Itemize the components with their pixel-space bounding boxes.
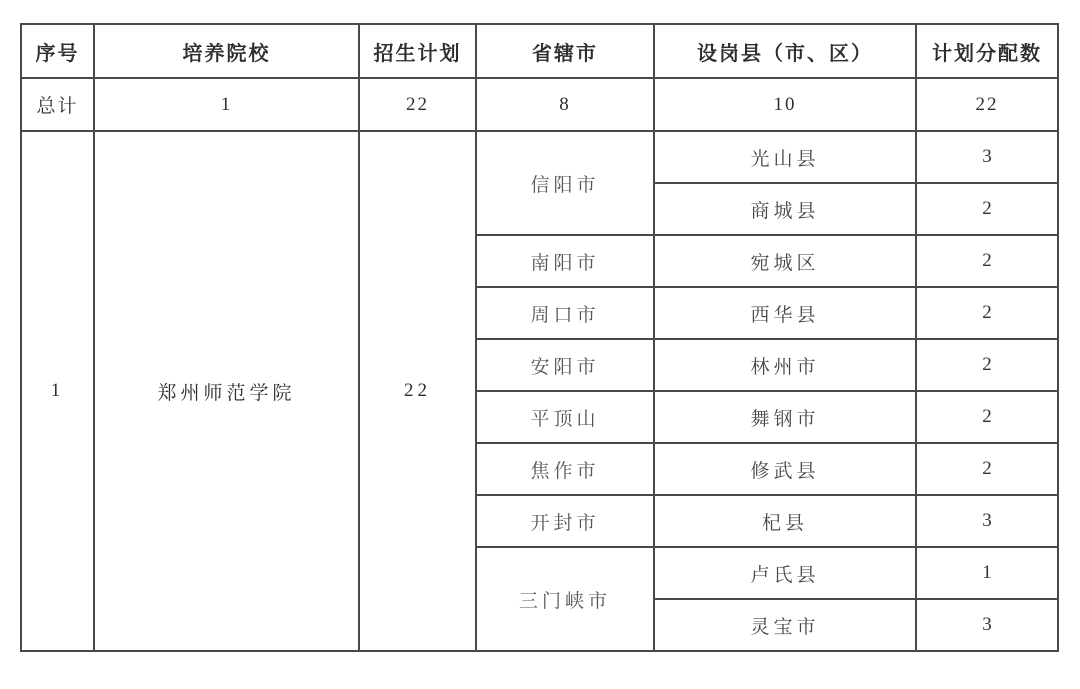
county-cell: 杞县	[654, 495, 916, 547]
city-cell: 焦作市	[476, 443, 654, 495]
table-row: 1郑州师范学院22信阳市光山县3	[21, 131, 1058, 183]
county-cell: 商城县	[654, 183, 916, 235]
count-cell: 3	[916, 599, 1058, 651]
city-cell: 平顶山	[476, 391, 654, 443]
count-cell: 2	[916, 443, 1058, 495]
county-cell: 修武县	[654, 443, 916, 495]
city-cell: 南阳市	[476, 235, 654, 287]
county-cell: 卢氏县	[654, 547, 916, 599]
table-header: 序号 培养院校 招生计划 省辖市 设岗县（市、区） 计划分配数	[21, 24, 1058, 78]
total-cell-county_count: 10	[654, 78, 916, 131]
header-school: 培养院校	[94, 24, 359, 78]
city-cell: 安阳市	[476, 339, 654, 391]
header-enrollment-plan: 招生计划	[359, 24, 476, 78]
count-cell: 3	[916, 131, 1058, 183]
document-page: 序号 培养院校 招生计划 省辖市 设岗县（市、区） 计划分配数 总计122810…	[0, 0, 1080, 689]
header-city: 省辖市	[476, 24, 654, 78]
city-cell: 信阳市	[476, 131, 654, 235]
total-cell-label: 总计	[21, 78, 94, 131]
header-county: 设岗县（市、区）	[654, 24, 916, 78]
count-cell: 3	[916, 495, 1058, 547]
county-cell: 西华县	[654, 287, 916, 339]
count-cell: 2	[916, 287, 1058, 339]
county-cell: 林州市	[654, 339, 916, 391]
total-cell-city_count: 8	[476, 78, 654, 131]
header-row: 序号 培养院校 招生计划 省辖市 设岗县（市、区） 计划分配数	[21, 24, 1058, 78]
count-cell: 2	[916, 183, 1058, 235]
count-cell: 2	[916, 339, 1058, 391]
count-cell: 2	[916, 235, 1058, 287]
school-cell: 郑州师范学院	[94, 131, 359, 651]
total-cell-school_count: 1	[94, 78, 359, 131]
enrollment-plan-cell: 22	[359, 131, 476, 651]
header-allocation: 计划分配数	[916, 24, 1058, 78]
city-cell: 开封市	[476, 495, 654, 547]
table-body: 总计122810221郑州师范学院22信阳市光山县3商城县2南阳市宛城区2周口市…	[21, 78, 1058, 651]
county-cell: 宛城区	[654, 235, 916, 287]
header-seq: 序号	[21, 24, 94, 78]
count-cell: 1	[916, 547, 1058, 599]
allocation-table: 序号 培养院校 招生计划 省辖市 设岗县（市、区） 计划分配数 总计122810…	[20, 23, 1059, 652]
county-cell: 舞钢市	[654, 391, 916, 443]
county-cell: 灵宝市	[654, 599, 916, 651]
county-cell: 光山县	[654, 131, 916, 183]
count-cell: 2	[916, 391, 1058, 443]
total-cell-enrollment_plan: 22	[359, 78, 476, 131]
total-cell-allocation: 22	[916, 78, 1058, 131]
city-cell: 三门峡市	[476, 547, 654, 651]
seq-cell: 1	[21, 131, 94, 651]
city-cell: 周口市	[476, 287, 654, 339]
total-row: 总计12281022	[21, 78, 1058, 131]
